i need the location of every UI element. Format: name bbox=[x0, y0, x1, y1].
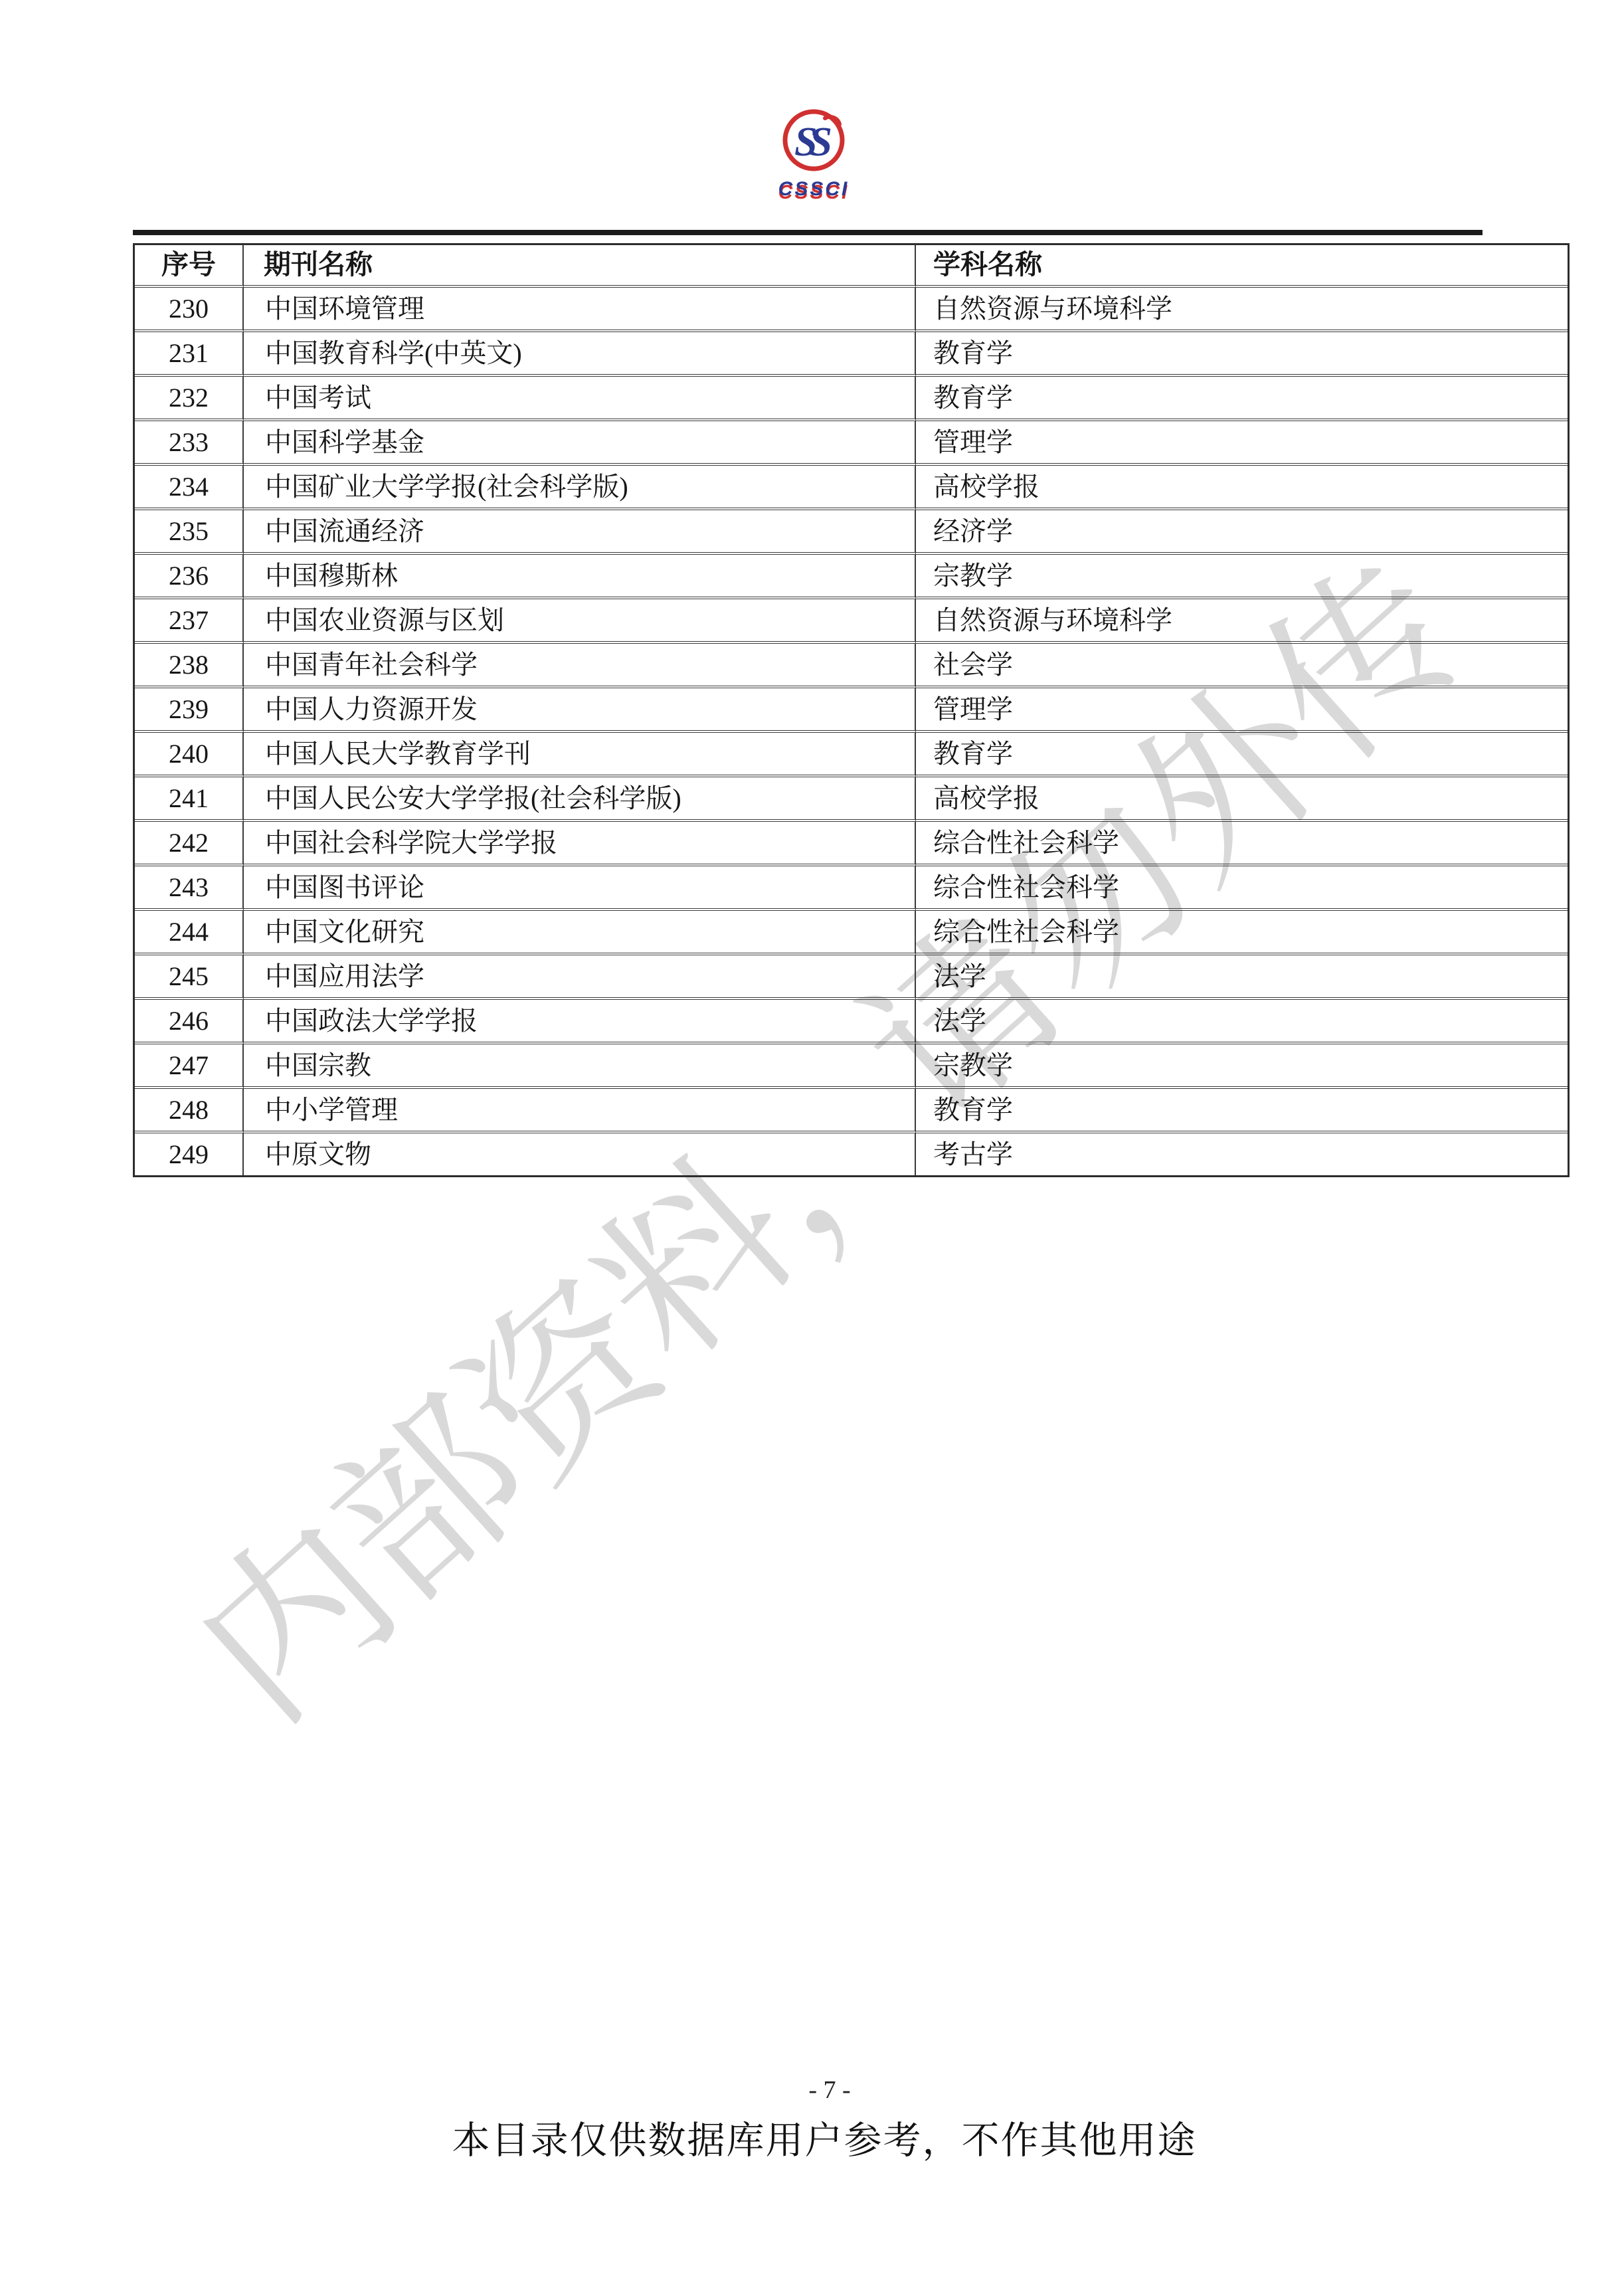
row-no: 249 bbox=[135, 1133, 244, 1175]
row-subject: 法学 bbox=[916, 1000, 1568, 1044]
table-row: 232 中国考试 教育学 bbox=[135, 377, 1568, 421]
row-subject: 教育学 bbox=[916, 733, 1568, 777]
row-subject: 经济学 bbox=[916, 510, 1568, 555]
table-row: 244 中国文化研究 综合性社会科学 bbox=[135, 911, 1568, 955]
row-journal: 中国人力资源开发 bbox=[244, 688, 916, 733]
row-subject: 自然资源与环境科学 bbox=[916, 599, 1568, 644]
row-subject: 高校学报 bbox=[916, 777, 1568, 822]
row-subject: 综合性社会科学 bbox=[916, 822, 1568, 866]
row-no: 230 bbox=[135, 288, 244, 332]
table-row: 233 中国科学基金 管理学 bbox=[135, 421, 1568, 466]
row-no: 244 bbox=[135, 911, 244, 955]
logo-monogram: SS bbox=[794, 120, 830, 165]
row-no: 237 bbox=[135, 599, 244, 644]
journal-table: 序号 期刊名称 学科名称 230 中国环境管理 自然资源与环境科学 231 中国… bbox=[133, 243, 1570, 1177]
row-subject: 高校学报 bbox=[916, 466, 1568, 510]
row-journal: 中国流通经济 bbox=[244, 510, 916, 555]
table-header-row: 序号 期刊名称 学科名称 bbox=[135, 245, 1568, 288]
row-no: 247 bbox=[135, 1044, 244, 1089]
row-subject: 综合性社会科学 bbox=[916, 866, 1568, 911]
row-journal: 中原文物 bbox=[244, 1133, 916, 1175]
cssci-logo-icon: SS bbox=[779, 106, 848, 177]
row-no: 235 bbox=[135, 510, 244, 555]
row-no: 242 bbox=[135, 822, 244, 866]
table-row: 240 中国人民大学教育学刊 教育学 bbox=[135, 733, 1568, 777]
row-journal: 中国矿业大学学报(社会科学版) bbox=[244, 466, 916, 510]
row-journal: 中国图书评论 bbox=[244, 866, 916, 911]
header-subject: 学科名称 bbox=[916, 245, 1568, 288]
row-subject: 自然资源与环境科学 bbox=[916, 288, 1568, 332]
row-journal: 中国人民公安大学学报(社会科学版) bbox=[244, 777, 916, 822]
row-journal: 中国农业资源与区划 bbox=[244, 599, 916, 644]
row-subject: 综合性社会科学 bbox=[916, 911, 1568, 955]
row-no: 241 bbox=[135, 777, 244, 822]
table-row: 235 中国流通经济 经济学 bbox=[135, 510, 1568, 555]
table-row: 230 中国环境管理 自然资源与环境科学 bbox=[135, 288, 1568, 332]
row-journal: 中国人民大学教育学刊 bbox=[244, 733, 916, 777]
table-row: 242 中国社会科学院大学学报 综合性社会科学 bbox=[135, 822, 1568, 866]
table-row: 247 中国宗教 宗教学 bbox=[135, 1044, 1568, 1089]
table-row: 236 中国穆斯林 宗教学 bbox=[135, 555, 1568, 599]
row-no: 238 bbox=[135, 644, 244, 688]
row-subject: 社会学 bbox=[916, 644, 1568, 688]
row-no: 240 bbox=[135, 733, 244, 777]
table-row: 249 中原文物 考古学 bbox=[135, 1133, 1568, 1175]
row-no: 239 bbox=[135, 688, 244, 733]
row-subject: 宗教学 bbox=[916, 555, 1568, 599]
footer-note: 本目录仅供数据库用户参考，不作其他用途 bbox=[13, 2110, 1622, 2164]
cssci-logo: SS CSSCI bbox=[770, 106, 857, 219]
table-row: 243 中国图书评论 综合性社会科学 bbox=[135, 866, 1568, 911]
row-journal: 中国宗教 bbox=[244, 1044, 916, 1089]
table-row: 248 中小学管理 教育学 bbox=[135, 1089, 1568, 1133]
row-subject: 考古学 bbox=[916, 1133, 1568, 1175]
table-row: 245 中国应用法学 法学 bbox=[135, 955, 1568, 1000]
document-page: 内部资料，请勿外传 SS CSSCI 序号 期刊名称 学科名称 230 中国环境… bbox=[0, 0, 1622, 2296]
row-no: 243 bbox=[135, 866, 244, 911]
logo-wordmark: CSSCI bbox=[770, 178, 857, 201]
table-row: 234 中国矿业大学学报(社会科学版) 高校学报 bbox=[135, 466, 1568, 510]
header-no: 序号 bbox=[135, 245, 244, 288]
table-row: 241 中国人民公安大学学报(社会科学版) 高校学报 bbox=[135, 777, 1568, 822]
row-journal: 中国教育科学(中英文) bbox=[244, 332, 916, 377]
row-subject: 法学 bbox=[916, 955, 1568, 1000]
row-journal: 中国政法大学学报 bbox=[244, 1000, 916, 1044]
row-subject: 教育学 bbox=[916, 1089, 1568, 1133]
table-row: 231 中国教育科学(中英文) 教育学 bbox=[135, 332, 1568, 377]
row-subject: 教育学 bbox=[916, 377, 1568, 421]
header-rule bbox=[133, 230, 1483, 235]
page-number: - 7 - bbox=[19, 2075, 1622, 2105]
table-row: 239 中国人力资源开发 管理学 bbox=[135, 688, 1568, 733]
row-journal: 中国应用法学 bbox=[244, 955, 916, 1000]
table-row: 238 中国青年社会科学 社会学 bbox=[135, 644, 1568, 688]
row-journal: 中国文化研究 bbox=[244, 911, 916, 955]
row-no: 234 bbox=[135, 466, 244, 510]
table-row: 237 中国农业资源与区划 自然资源与环境科学 bbox=[135, 599, 1568, 644]
row-subject: 宗教学 bbox=[916, 1044, 1568, 1089]
row-no: 246 bbox=[135, 1000, 244, 1044]
row-journal: 中国科学基金 bbox=[244, 421, 916, 466]
row-subject: 管理学 bbox=[916, 688, 1568, 733]
row-no: 231 bbox=[135, 332, 244, 377]
row-subject: 管理学 bbox=[916, 421, 1568, 466]
row-subject: 教育学 bbox=[916, 332, 1568, 377]
row-no: 248 bbox=[135, 1089, 244, 1133]
row-no: 236 bbox=[135, 555, 244, 599]
row-journal: 中小学管理 bbox=[244, 1089, 916, 1133]
row-journal: 中国社会科学院大学学报 bbox=[244, 822, 916, 866]
row-no: 245 bbox=[135, 955, 244, 1000]
row-no: 233 bbox=[135, 421, 244, 466]
table-row: 246 中国政法大学学报 法学 bbox=[135, 1000, 1568, 1044]
header-journal: 期刊名称 bbox=[244, 245, 916, 288]
row-journal: 中国穆斯林 bbox=[244, 555, 916, 599]
row-no: 232 bbox=[135, 377, 244, 421]
row-journal: 中国环境管理 bbox=[244, 288, 916, 332]
row-journal: 中国考试 bbox=[244, 377, 916, 421]
row-journal: 中国青年社会科学 bbox=[244, 644, 916, 688]
